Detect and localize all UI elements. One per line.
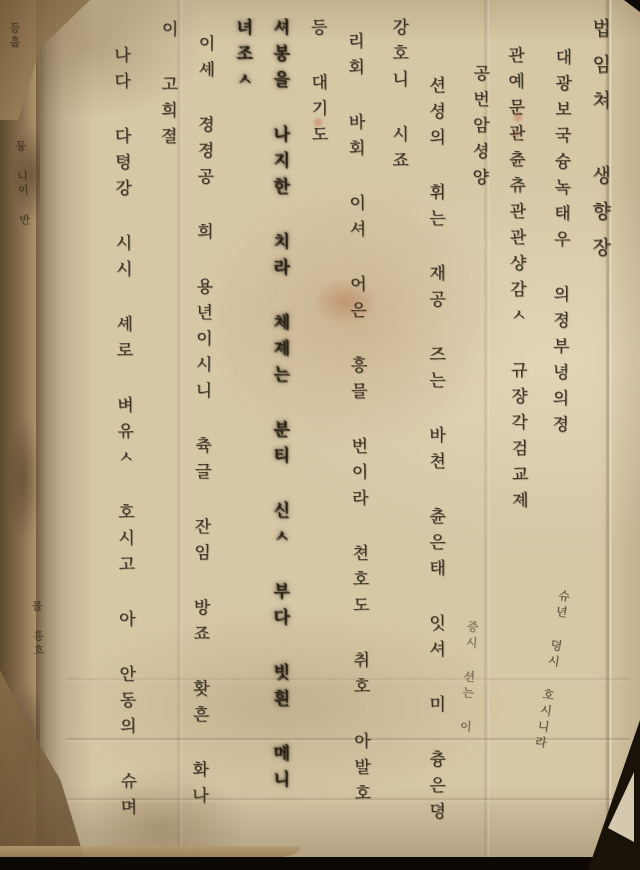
book-cover-edge [0,857,640,870]
manuscript-column: 리회 바회 이셔 어은 흥믈 번이라 쳔호도 취호 아발호 등 대기도 [297,18,378,834]
manuscript-column: 션셩의 휘는 재공 즈는 바쳔 츈은태 잇셔 미 츙은뎡강호니 시죠 [379,18,453,834]
manuscript-column: 나다 다텽강 시시 셰로 벼유ㅅ 호시고 아 안동의 슈며 호시 불이 [98,18,145,834]
spine-shadow [36,0,62,870]
margin-note: 등흘 [6,22,22,112]
manuscript-column: 관예문관츈츄관관샹감ㅅ 규쟝각검교졔 [494,18,538,834]
manuscript-column-corrected: 셔봉을 나지한 치라 체졔는 분티 신ㅅ 부다 빗흰 메니 녀조ㅅ [223,18,297,834]
column-title: 법임쳐 생향장 [580,18,620,834]
manuscript-column: 이셰 졍졍공 희 용년이시니 츅글 잔임 방죠 홧흔 화나이 고희졀 [141,20,222,834]
manuscript-page: 법임쳐 생향장 대광보국슝녹태우 의졍부녕의졍 관예문관츈츄관관샹감ㅅ 규쟝각검… [26,0,640,862]
manuscript-photo: 법임쳐 생향장 대광보국슝녹태우 의졍부녕의졍 관예문관츈츄관관샹감ㅅ 규쟝각검… [0,0,640,870]
